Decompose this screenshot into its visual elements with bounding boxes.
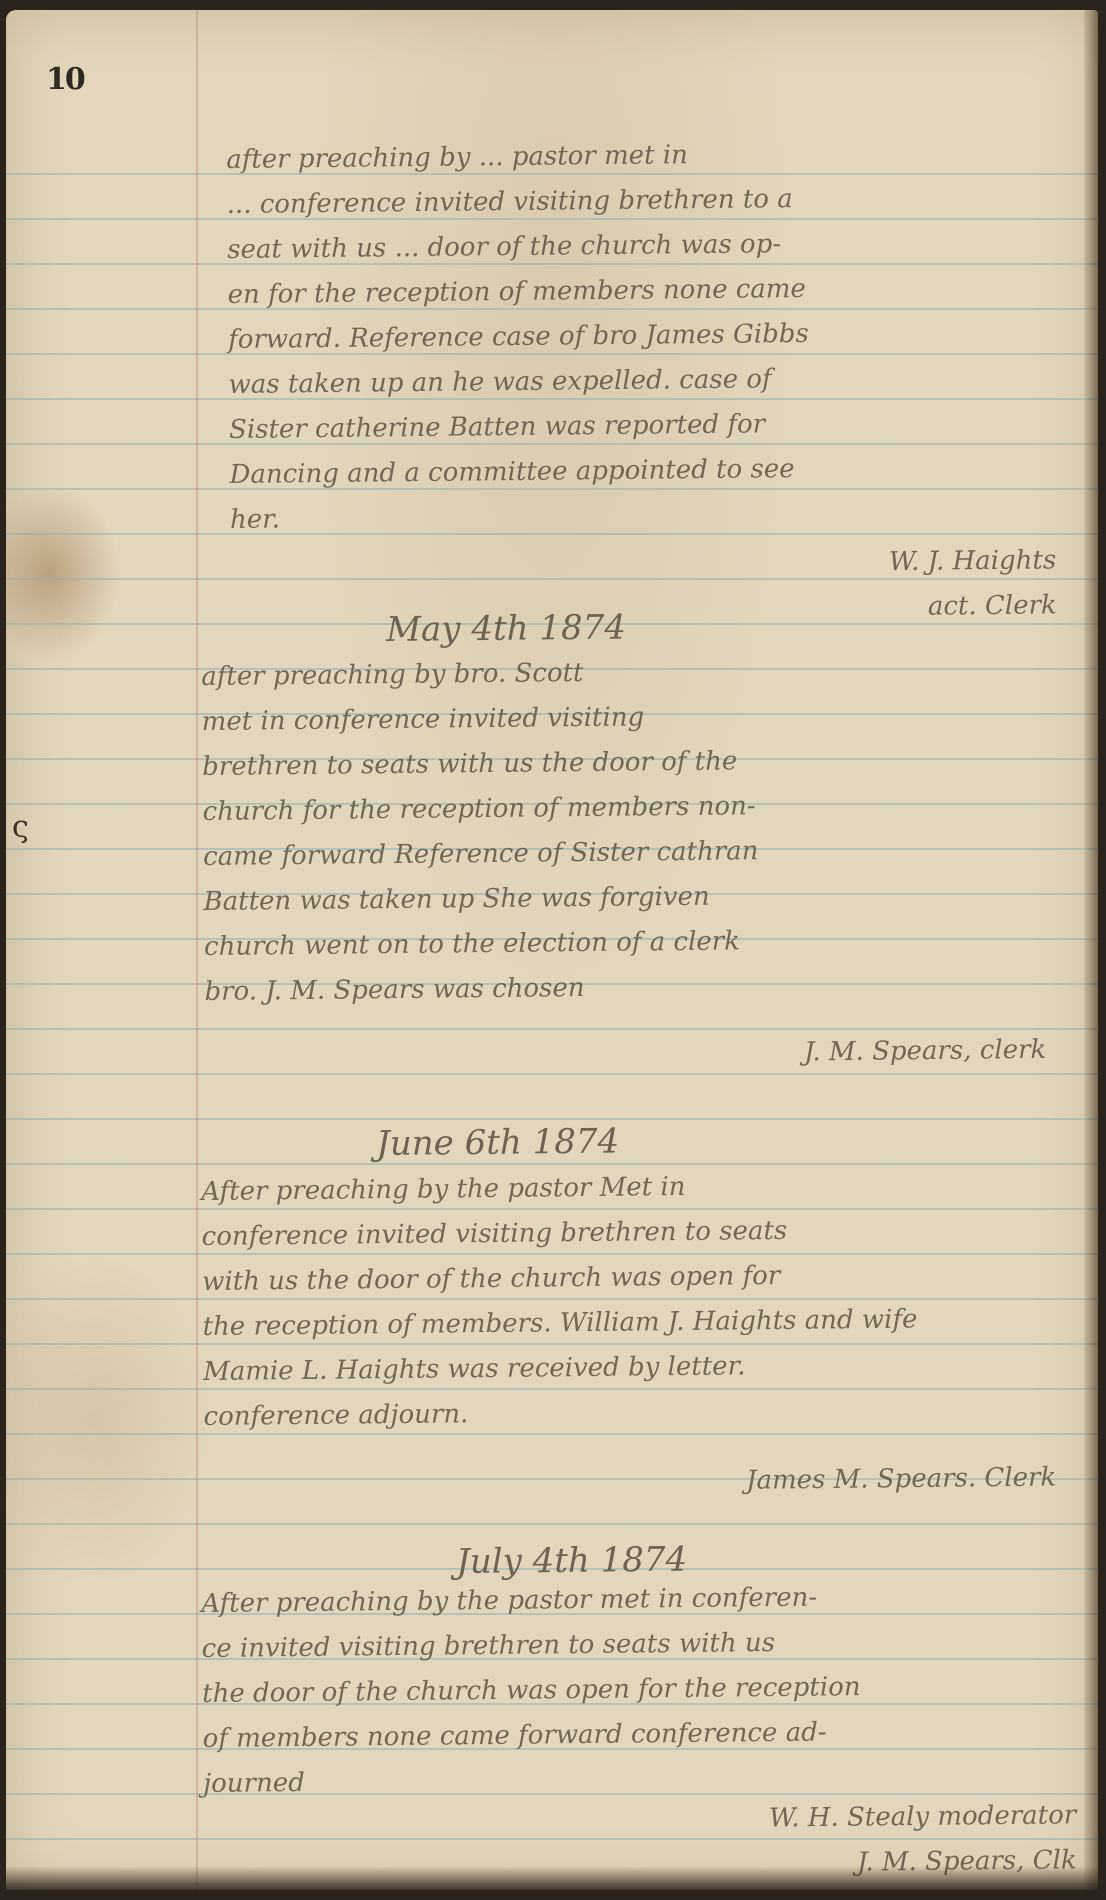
entry-3: After preaching by the pastor Met in con… xyxy=(201,1161,1064,1440)
margin-rule xyxy=(196,10,198,1890)
entry-2: after preaching by bro. Scott met in con… xyxy=(201,646,1065,1015)
signature-name: James M. Spears. Clerk xyxy=(626,1455,1056,1505)
entry-1: after preaching by ... pastor met in ...… xyxy=(226,129,1050,543)
entry-2-date: May 4th 1874 xyxy=(386,605,626,653)
signature-name: W. J. Haights xyxy=(706,538,1056,587)
entry-3-date: June 6th 1874 xyxy=(376,1119,619,1167)
entry-line: conference adjourn. xyxy=(203,1386,1063,1440)
entry-1-signature: W. J. Haights act. Clerk xyxy=(706,538,1057,632)
signature-moderator: W. H. Stealy moderator xyxy=(626,1793,1076,1843)
entry-line: her. xyxy=(230,489,1050,543)
book-binding-shadow xyxy=(1084,10,1098,1890)
signature-name: J. M. Spears, clerk xyxy=(646,1028,1046,1077)
page-number: 10 xyxy=(46,62,84,97)
ledger-page: 10 ς after preaching by ... pastor met i… xyxy=(6,10,1098,1890)
entry-line: bro. J. M. Spears was chosen xyxy=(204,961,1064,1015)
entry-2-signature: J. M. Spears, clerk xyxy=(646,1028,1046,1077)
entry-3-signature: James M. Spears. Clerk xyxy=(626,1455,1056,1505)
entry-4: After preaching by the pastor met in con… xyxy=(201,1573,1063,1807)
signature-title: act. Clerk xyxy=(706,583,1056,632)
margin-mark: ς xyxy=(12,810,29,845)
page-edge-shadow xyxy=(6,1866,1098,1890)
